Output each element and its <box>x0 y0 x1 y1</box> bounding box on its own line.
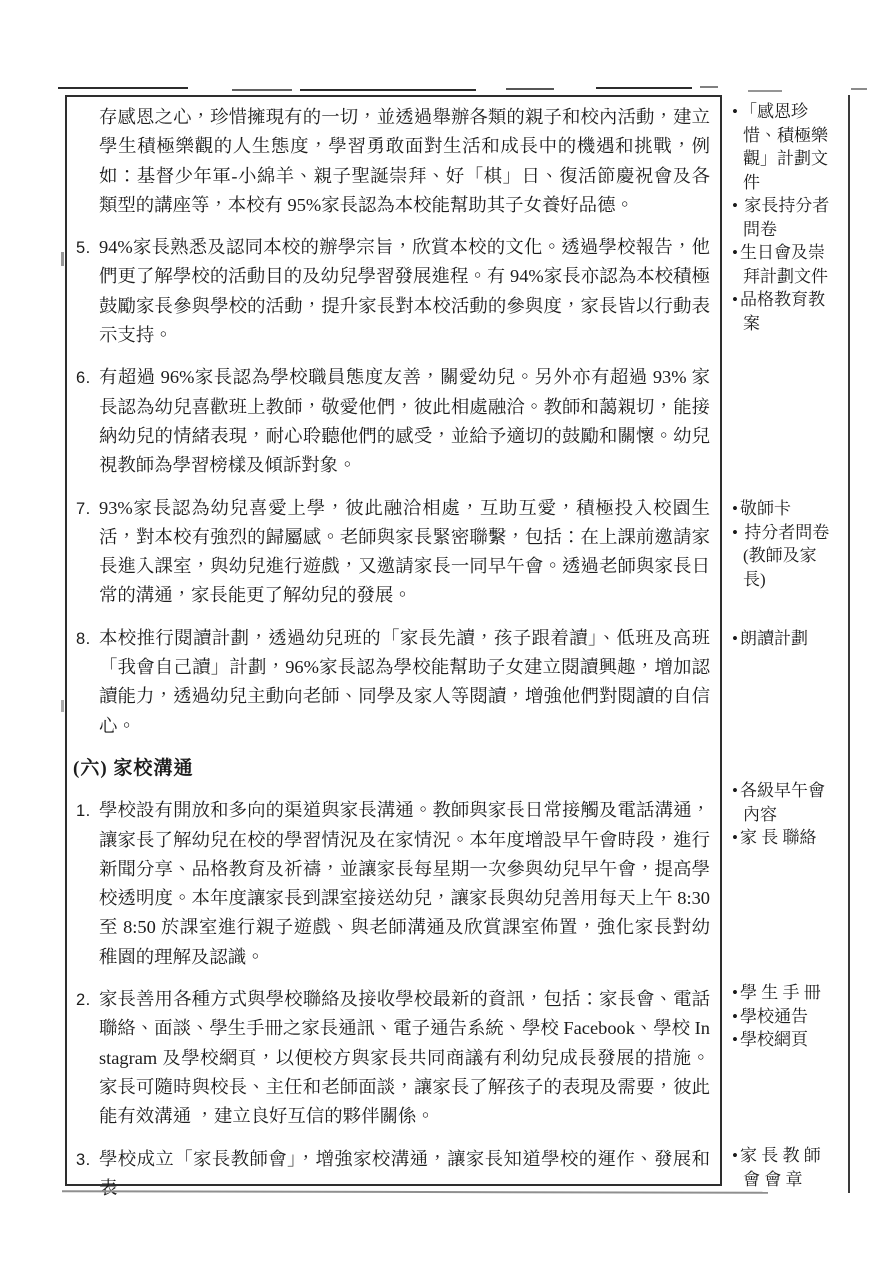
evidence-text: 生日會及崇拜計劃文件 <box>740 243 828 286</box>
evidence-item: 「感恩珍惜、積極樂觀」計劃文件 <box>732 100 838 194</box>
scan-artifact-dash <box>506 88 554 90</box>
evidence-group-teachers: 敬師卡 持分者問卷 (教師及家長) <box>732 497 838 591</box>
scan-artifact-dash <box>58 87 188 89</box>
evidence-group-pta: 家 長 教 師 會 會 章 <box>732 1144 838 1191</box>
paragraph-text: 本校推行閱讀計劃，透過幼兒班的「家長先讀，孩子跟着讀」、低班及高班「我會自己讀」… <box>99 628 710 736</box>
evidence-text: 學校通告 <box>740 1007 808 1026</box>
numbered-paragraph: 3.學校成立「家長教師會」，增強家校溝通，讓家長知道學校的運作、發展和表 <box>99 1145 710 1204</box>
paragraph-number: 6. <box>76 364 91 393</box>
paragraph-number: 2. <box>76 986 91 1015</box>
scan-artifact-dash <box>851 88 867 90</box>
paragraph-text: 有超過 96%家長認為學校職員態度友善，關愛幼兒。另外亦有超過 93% 家長認為… <box>99 367 710 475</box>
sidebar-right-rule <box>848 95 850 1193</box>
paragraph-text: 家長善用各種方式與學校聯絡及接收學校最新的資訊，包括：家長會、電話聯絡、面談、學… <box>99 989 710 1126</box>
evidence-item: 家長持分者問卷 <box>732 194 838 241</box>
evidence-text: 家 長 聯絡 <box>740 828 817 847</box>
section-paragraph-list: 1.學校設有開放和多向的渠道與家長溝通。教師與家長日常接觸及電話溝通，讓家長了解… <box>99 796 710 1203</box>
evidence-text: 朗讀計劃 <box>740 629 808 648</box>
scan-artifact-dash <box>300 89 476 91</box>
numbered-paragraph: 8.本校推行閱讀計劃，透過幼兒班的「家長先讀，孩子跟着讀」、低班及高班「我會自己… <box>99 624 710 741</box>
evidence-text: 「感恩珍惜、積極樂觀」計劃文件 <box>740 102 828 192</box>
evidence-sidebar: 「感恩珍惜、積極樂觀」計劃文件 家長持分者問卷 生日會及崇拜計劃文件 品格教育教… <box>732 0 840 1263</box>
evidence-item: 敬師卡 <box>732 497 838 521</box>
evidence-text: 品格教育教案 <box>740 290 825 333</box>
evidence-text: 家 長 教 師 會 會 章 <box>740 1146 821 1189</box>
evidence-item: 家 長 聯絡 <box>732 826 838 850</box>
evidence-item: 持分者問卷 (教師及家長) <box>732 521 838 592</box>
evidence-item: 朗讀計劃 <box>732 627 838 651</box>
main-content-box: 存感恩之心，珍惜擁現有的一切，並透過舉辦各類的親子和校內活動，建立學生積極樂觀的… <box>65 95 722 1186</box>
paragraph-text: 學校設有開放和多向的渠道與家長溝通。教師與家長日常接觸及電話溝通，讓家長了解幼兒… <box>99 800 710 966</box>
evidence-text: 學 生 手 冊 <box>740 983 821 1002</box>
evidence-group-assembly: 各級早午會內容 家 長 聯絡 <box>732 779 838 850</box>
evidence-text: 學校網頁 <box>740 1030 808 1049</box>
evidence-item: 學校通告 <box>732 1005 838 1029</box>
paragraph-text: 94%家長熟悉及認同本校的辦學宗旨，欣賞本校的文化。透過學校報告，他們更了解學校… <box>99 237 710 345</box>
scan-artifact-dash <box>596 87 692 89</box>
numbered-paragraph: 2.家長善用各種方式與學校聯絡及接收學校最新的資訊，包括：家長會、電話聯絡、面談… <box>99 985 710 1131</box>
evidence-item: 生日會及崇拜計劃文件 <box>732 241 838 288</box>
numbered-paragraph-list: 5.94%家長熟悉及認同本校的辦學宗旨，欣賞本校的文化。透過學校報告，他們更了解… <box>99 233 710 741</box>
evidence-item: 學 生 手 冊 <box>732 981 838 1005</box>
evidence-item: 學校網頁 <box>732 1028 838 1052</box>
paragraph-text: 93%家長認為幼兒喜愛上學，彼此融洽相處，互助互愛，積極投入校園生活，對本校有強… <box>99 498 710 606</box>
numbered-paragraph: 6.有超過 96%家長認為學校職員態度友善，關愛幼兒。另外亦有超過 93% 家長… <box>99 363 710 480</box>
evidence-item: 各級早午會內容 <box>732 779 838 826</box>
paragraph-number: 7. <box>76 495 91 524</box>
scan-artifact-dash <box>700 86 718 88</box>
evidence-text: 各級早午會內容 <box>740 781 825 824</box>
evidence-group-handbook: 學 生 手 冊 學校通告 學校網頁 <box>732 981 838 1052</box>
paragraph-number: 5. <box>76 234 91 263</box>
evidence-item: 品格教育教案 <box>732 288 838 335</box>
scanned-document-page: 存感恩之心，珍惜擁現有的一切，並透過舉辦各類的親子和校內活動，建立學生積極樂觀的… <box>0 0 893 1263</box>
evidence-item: 家 長 教 師 會 會 章 <box>732 1144 838 1191</box>
evidence-group-reading: 朗讀計劃 <box>732 627 838 651</box>
numbered-paragraph: 1.學校設有開放和多向的渠道與家長溝通。教師與家長日常接觸及電話溝通，讓家長了解… <box>99 796 710 972</box>
evidence-group-morality: 「感恩珍惜、積極樂觀」計劃文件 家長持分者問卷 生日會及崇拜計劃文件 品格教育教… <box>732 100 838 335</box>
numbered-paragraph: 5.94%家長熟悉及認同本校的辦學宗旨，欣賞本校的文化。透過學校報告，他們更了解… <box>99 233 710 350</box>
paragraph-number: 8. <box>76 625 91 654</box>
paragraph-number: 1. <box>76 797 91 826</box>
scan-artifact-dash <box>232 89 292 91</box>
paragraph-text: 存感恩之心，珍惜擁現有的一切，並透過舉辦各類的親子和校內活動，建立學生積極樂觀的… <box>99 107 710 215</box>
evidence-text: 敬師卡 <box>740 499 791 518</box>
evidence-text: 持分者問卷 (教師及家長) <box>740 523 829 589</box>
scan-artifact-tick <box>61 700 64 712</box>
section-heading: (六) 家校溝通 <box>73 754 710 783</box>
continuation-paragraph: 存感恩之心，珍惜擁現有的一切，並透過舉辦各類的親子和校內活動，建立學生積極樂觀的… <box>99 103 710 220</box>
scan-artifact-tick <box>61 252 64 266</box>
evidence-text: 家長持分者問卷 <box>740 196 829 239</box>
numbered-paragraph: 7.93%家長認為幼兒喜愛上學，彼此融洽相處，互助互愛，積極投入校園生活，對本校… <box>99 494 710 611</box>
paragraph-number: 3. <box>76 1146 91 1175</box>
